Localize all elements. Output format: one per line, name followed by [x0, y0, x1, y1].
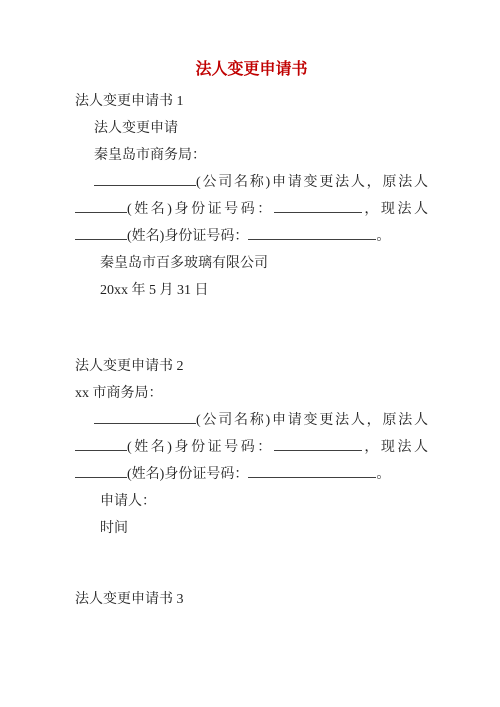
blank-line-text: ，现法人 — [362, 202, 428, 217]
blank-line-label: (姓名)身份证号码： — [127, 440, 274, 455]
blank-line-text: (公司名称)申请变更法人，原法人 — [196, 413, 428, 428]
blank-line-label: (姓名)身份证号码： — [127, 202, 274, 217]
blank-line-text: ，现法人 — [362, 440, 428, 455]
section1-salutation: 秦皇岛市商务局： — [75, 142, 428, 169]
section2-applicant: 申请人： — [75, 488, 428, 515]
section1-date: 20xx 年 5 月 31 日 — [75, 277, 428, 304]
blank-underline — [274, 197, 362, 213]
section1-blank-line-company: (公司名称)申请变更法人，原法人 — [75, 169, 428, 196]
blank-line-label: (姓名)身份证号码： — [127, 467, 248, 482]
blank-underline — [94, 408, 196, 424]
blank-underline — [248, 224, 376, 240]
section1-blank-line-old-legal: (姓名)身份证号码：，现法人 — [75, 196, 428, 223]
blank-line-text: 。 — [376, 467, 390, 482]
document-page: 法人变更申请书 法人变更申请书 1 法人变更申请 秦皇岛市商务局： (公司名称)… — [0, 0, 500, 707]
blank-underline — [75, 435, 127, 451]
section1-subheading: 法人变更申请 — [75, 115, 428, 142]
blank-underline — [94, 170, 196, 186]
blank-underline — [248, 462, 376, 478]
section2-blank-line-new-legal: (姓名)身份证号码：。 — [75, 461, 428, 488]
blank-line-text: (公司名称)申请变更法人，原法人 — [196, 175, 428, 190]
doc-title: 法人变更申请书 — [75, 58, 428, 82]
spacer — [75, 542, 428, 586]
section3-heading: 法人变更申请书 3 — [75, 586, 428, 613]
section2-blank-line-old-legal: (姓名)身份证号码：，现法人 — [75, 434, 428, 461]
section2-salutation: xx 市商务局： — [75, 380, 428, 407]
blank-line-label: (姓名)身份证号码： — [127, 229, 248, 244]
blank-underline — [75, 224, 127, 240]
blank-underline — [274, 435, 362, 451]
spacer — [75, 304, 428, 353]
section1-blank-line-new-legal: (姓名)身份证号码：。 — [75, 223, 428, 250]
section1-signature: 秦皇岛市百多玻璃有限公司 — [75, 250, 428, 277]
section2-heading: 法人变更申请书 2 — [75, 353, 428, 380]
section2-blank-line-company: (公司名称)申请变更法人，原法人 — [75, 407, 428, 434]
section2-time: 时间 — [75, 515, 428, 542]
blank-underline — [75, 197, 127, 213]
section1-heading: 法人变更申请书 1 — [75, 88, 428, 115]
blank-line-text: 。 — [376, 229, 390, 244]
blank-underline — [75, 462, 127, 478]
